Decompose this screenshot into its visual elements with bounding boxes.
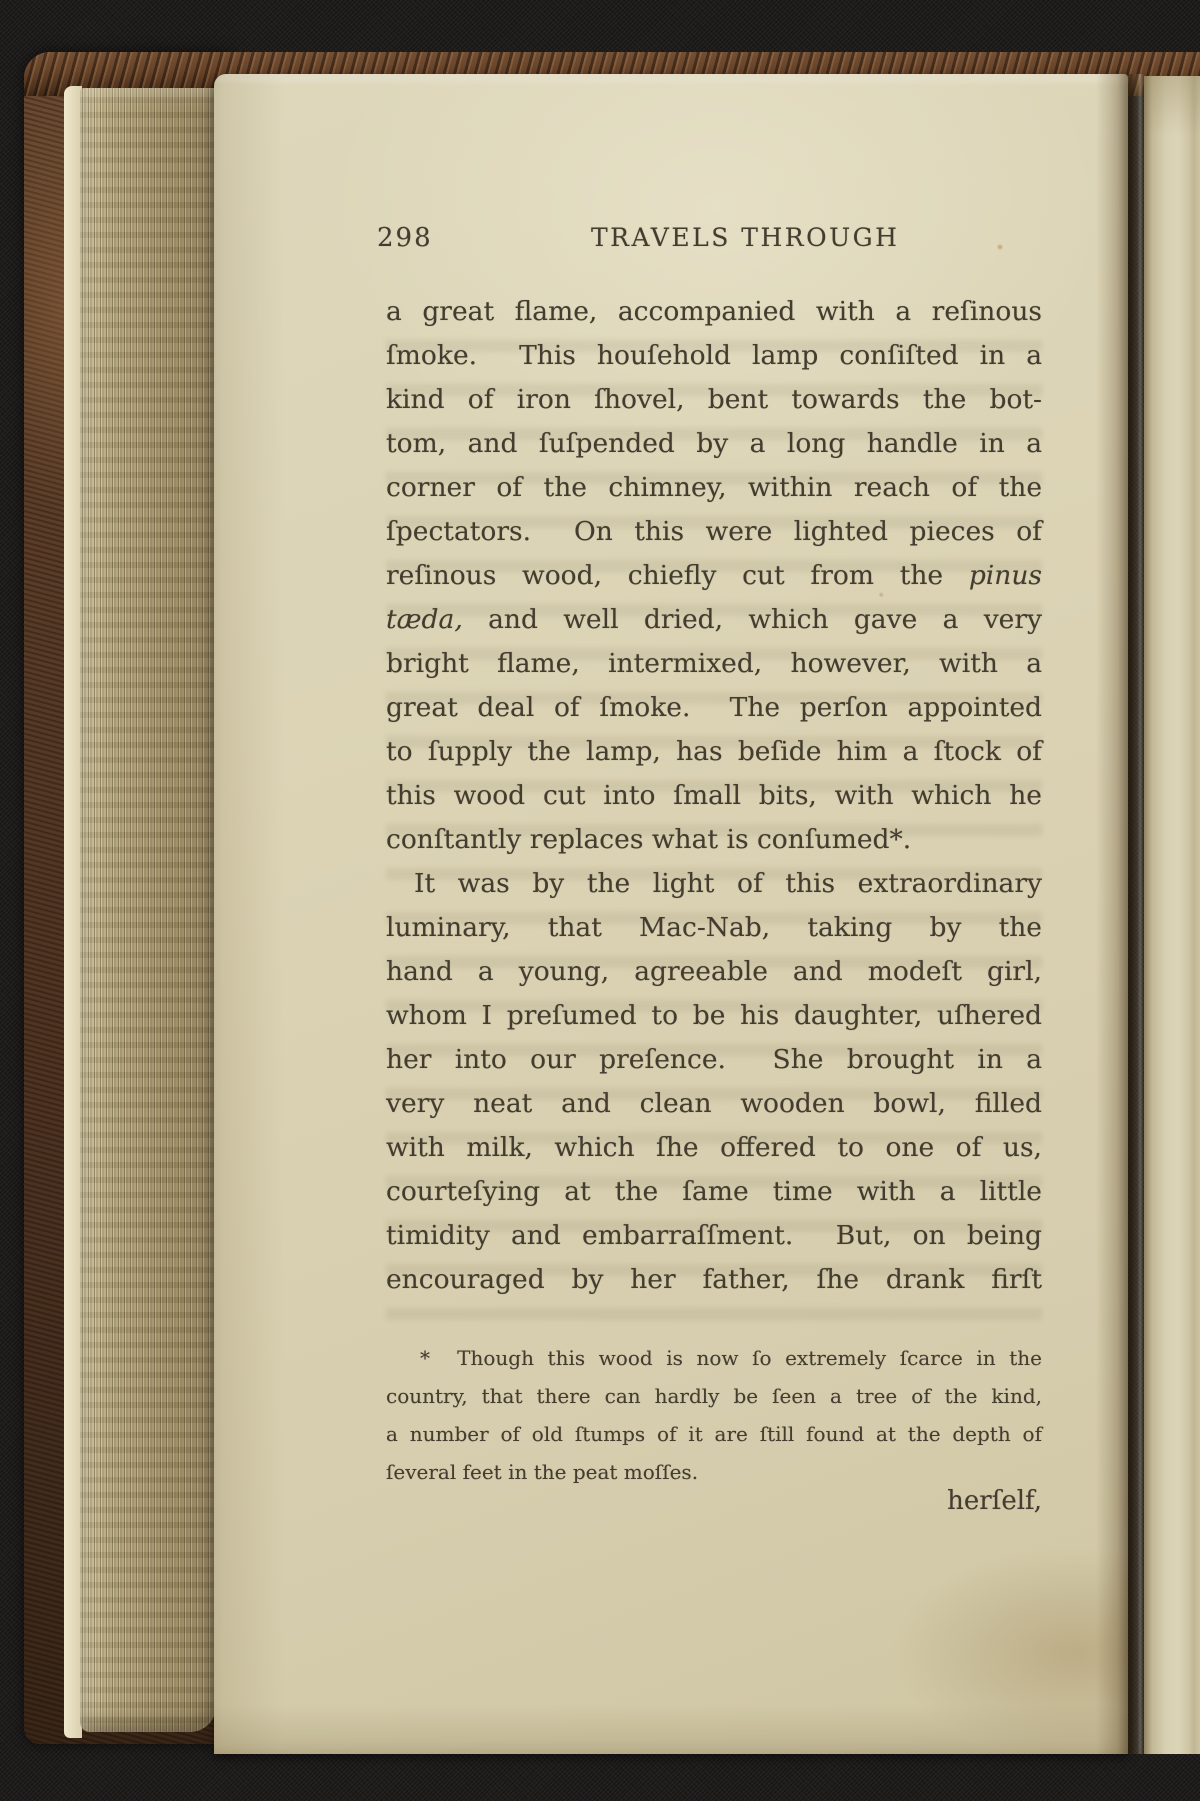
text-run: reſinous wood, chiefly cut from the (386, 560, 969, 591)
running-title: TRAVELS THROUGH (591, 223, 899, 252)
book-photograph: { "header": { "page_number": "298", "run… (0, 0, 1200, 1801)
book-page: 298 TRAVELS THROUGH a great flame, accom… (214, 74, 1128, 1754)
footnote-line: * Though this wood is now ſo extremely ſ… (386, 1339, 1042, 1377)
text-line: conſtantly replaces what is conſumed*. (386, 818, 1042, 862)
text-line: encouraged by her father, ſhe drank firſ… (386, 1258, 1042, 1302)
text-line: ſpectators. On this were lighted pieces … (386, 510, 1042, 554)
footnote: * Though this wood is now ſo extremely ſ… (386, 1339, 1042, 1491)
text-line: tom, and ſuſpended by a long handle in a (386, 422, 1042, 466)
page-stack-fore-edge (80, 88, 216, 1732)
text-line: great deal of ſmoke. The perſon appointe… (386, 686, 1042, 730)
text-line: bright flame, intermixed, however, with … (386, 642, 1042, 686)
text-line: whom I preſumed to be his daughter, uſhe… (386, 994, 1042, 1038)
text-line: tæda, and well dried, which gave a very (386, 598, 1042, 642)
next-page-edge (1144, 76, 1200, 1754)
text-line: ſmoke. This houſehold lamp conſiſted in … (386, 334, 1042, 378)
footnote-line: country, that there can hardly be ſeen a… (386, 1377, 1042, 1415)
text-line: to ſupply the lamp, has beſide him a ſto… (386, 730, 1042, 774)
text-line: hand a young, agreeable and modeſt girl, (386, 950, 1042, 994)
text-line: luminary, that Mac-Nab, taking by the (386, 906, 1042, 950)
text-line: this wood cut into ſmall bits, with whic… (386, 774, 1042, 818)
catchword: herſelf, (386, 1486, 1042, 1516)
text-line: It was by the light of this extraordinar… (386, 862, 1042, 906)
gutter-shadow (1096, 74, 1144, 1754)
text-line: reſinous wood, chiefly cut from the pinu… (386, 554, 1042, 598)
italic-text: tæda, (386, 604, 463, 635)
text-line: with milk, which ſhe offered to one of u… (386, 1126, 1042, 1170)
text-run: and well dried, which gave a very (463, 604, 1042, 635)
text-line: kind of iron ſhovel, bent towards the bo… (386, 378, 1042, 422)
text-line: timidity and embarraſſment. But, on bein… (386, 1214, 1042, 1258)
italic-text: pinus (969, 560, 1042, 591)
text-line: corner of the chimney, within reach of t… (386, 466, 1042, 510)
page-number: 298 (377, 223, 433, 253)
body-text: a great flame, accompanied with a reſino… (386, 290, 1042, 1302)
text-line: courteſying at the ſame time with a litt… (386, 1170, 1042, 1214)
text-line: very neat and clean wooden bowl, filled (386, 1082, 1042, 1126)
text-line: her into our preſence. She brought in a (386, 1038, 1042, 1082)
text-line: a great flame, accompanied with a reſino… (386, 290, 1042, 334)
footnote-line: a number of old ſtumps of it are ſtill f… (386, 1415, 1042, 1453)
